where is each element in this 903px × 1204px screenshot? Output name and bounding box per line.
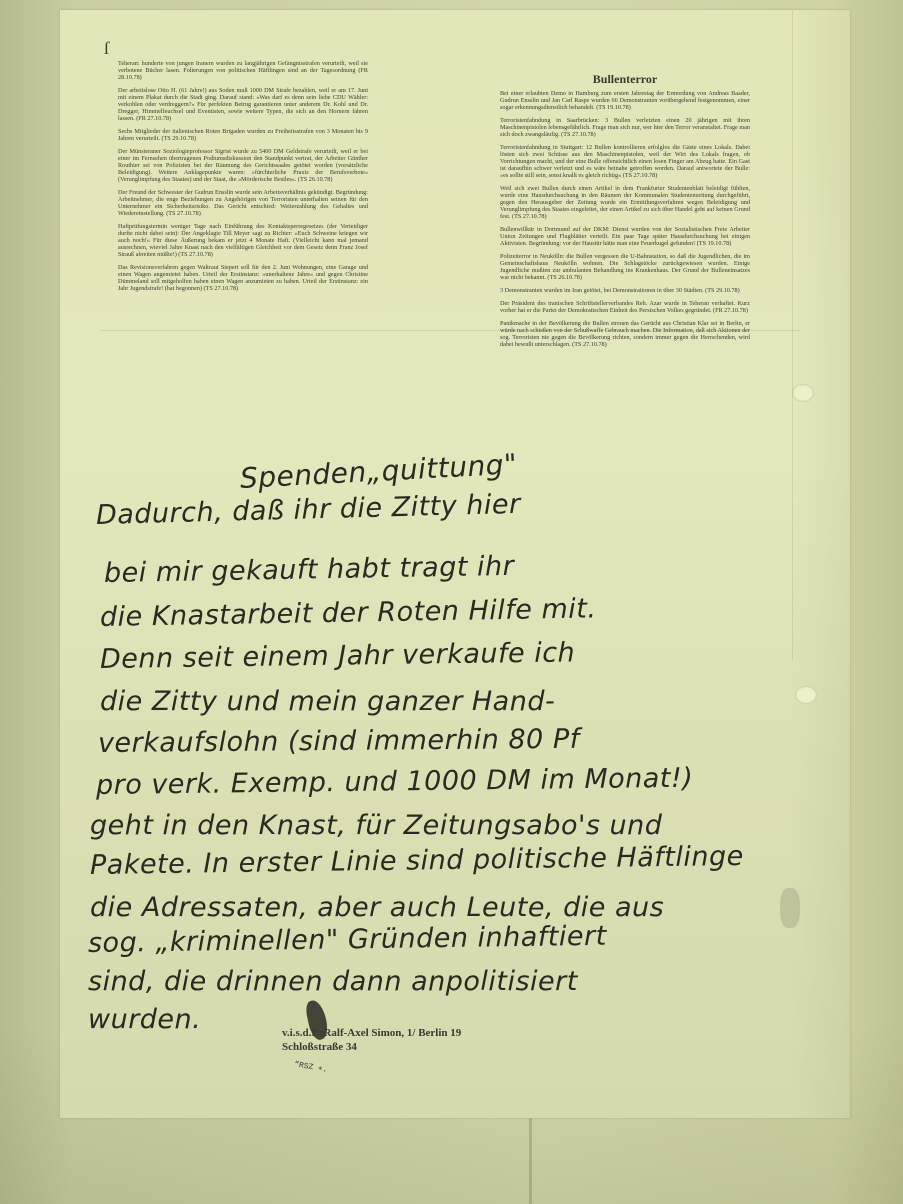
news-item: Der Münsteraner Soziologieprofessor Sigr… bbox=[118, 148, 368, 183]
printed-left-column: Teheran: hunderte von jungen Iranern wur… bbox=[118, 60, 368, 298]
news-item: Terroristenfahndung in Saarbrücken: 3 Bu… bbox=[500, 117, 750, 138]
imprint-line-1: v.i.s.d.P.:Ralf-Axel Simon, 1/ Berlin 19 bbox=[282, 1027, 461, 1039]
news-item: Der Präsident des iranischen Schriftstel… bbox=[500, 300, 750, 314]
ink-mark: ſ bbox=[104, 38, 109, 59]
news-item: Bei einer erlaubten Demo in Hamburg zum … bbox=[500, 90, 750, 111]
stamp-text: “RSZ ∗. bbox=[293, 1059, 328, 1075]
handwritten-line: sog. „kriminellen" Gründen inhaftiert bbox=[88, 921, 607, 959]
ink-smudge bbox=[780, 888, 800, 928]
handwritten-line: Pakete. In erster Linie sind politische … bbox=[90, 841, 744, 881]
right-column-title: Bullenterror bbox=[500, 72, 750, 87]
news-item: Teheran: hunderte von jungen Iranern wur… bbox=[118, 60, 368, 81]
news-item: Das Revisionsverfahren gegen Waltraut Si… bbox=[118, 264, 368, 292]
news-item: Haftprüfungstermin weniger Tage nach Ein… bbox=[118, 223, 368, 258]
handwritten-line: bei mir gekauft habt tragt ihr bbox=[104, 551, 515, 589]
news-item: 3 Demonstranten wurden im Iran getötet, … bbox=[500, 287, 750, 294]
news-item: Der Freund der Schwester der Gudrun Enss… bbox=[118, 189, 368, 217]
printed-right-column: Bei einer erlaubten Demo in Hamburg zum … bbox=[500, 90, 750, 354]
news-item: Panikmache in der Bevölkerung die Bullen… bbox=[500, 320, 750, 348]
news-item: Bullenwillkür in Dortmund auf der DKM: D… bbox=[500, 226, 750, 247]
handwritten-heading: Spenden„quittung" bbox=[239, 447, 518, 494]
document-page: ſ Teheran: hunderte von jungen Iranern w… bbox=[60, 10, 850, 1118]
handwritten-line: wurden. bbox=[88, 1004, 201, 1035]
news-item: Sechs Mitglieder der italienischen Roten… bbox=[118, 128, 368, 142]
page-shadow bbox=[790, 10, 850, 1118]
imprint-line-2: Schloßstraße 34 bbox=[282, 1041, 357, 1053]
punch-hole-bottom bbox=[795, 686, 817, 704]
surface-seam bbox=[529, 1115, 532, 1204]
handwritten-line: Dadurch, daß ihr die Zitty hier bbox=[96, 489, 521, 531]
handwritten-line: verkaufslohn (sind immerhin 80 Pf bbox=[98, 724, 580, 759]
punch-hole-top bbox=[792, 384, 814, 402]
handwritten-line: pro verk. Exemp. und 1000 DM im Monat!) bbox=[96, 763, 694, 801]
fold-line-vertical bbox=[792, 10, 793, 660]
handwritten-line: die Knastarbeit der Roten Hilfe mit. bbox=[100, 593, 597, 633]
handwritten-line: Denn seit einem Jahr verkaufe ich bbox=[100, 637, 576, 675]
handwritten-line: die Adressaten, aber auch Leute, die aus bbox=[90, 892, 664, 923]
news-item: Terroristenfahndung in Stuttgart: 12 Bul… bbox=[500, 144, 750, 179]
news-item: Weil sich zwei Bullen durch einen Artike… bbox=[500, 185, 750, 220]
handwritten-line: sind, die drinnen dann anpolitisiert bbox=[88, 966, 578, 997]
handwritten-line: geht in den Knast, für Zeitungsabo's und bbox=[90, 810, 662, 841]
handwritten-line: die Zitty und mein ganzer Hand- bbox=[100, 686, 555, 717]
news-item: Polizeiterror in Neukölln: die Bullen ve… bbox=[500, 253, 750, 281]
news-item: Der arbeitslose Otto H. (61 Jahre!) aus … bbox=[118, 87, 368, 122]
